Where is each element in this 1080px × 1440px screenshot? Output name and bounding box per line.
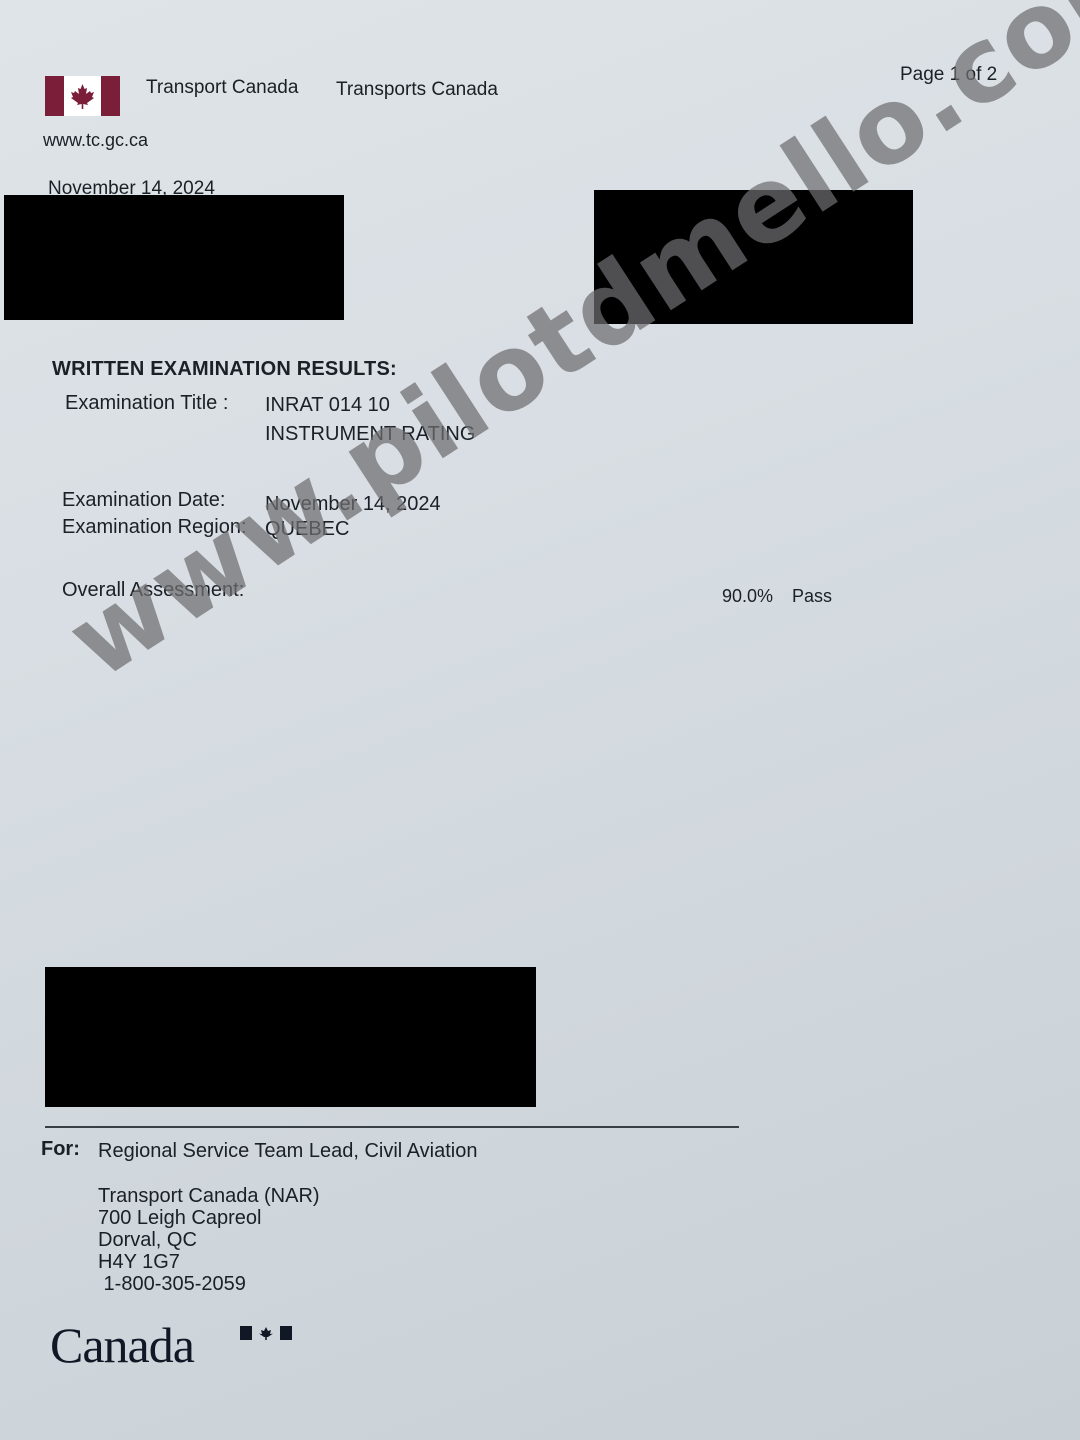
for-label: For: [41,1138,80,1161]
exam-date-label: Examination Date: [62,489,225,512]
outcome-status: Pass [792,586,832,607]
for-value: Regional Service Team Lead, Civil Aviati… [98,1140,477,1163]
redacted-signature-block [45,967,536,1107]
website-link[interactable]: www.tc.gc.ca [43,130,148,151]
office-address: Transport Canada (NAR) 700 Leigh Capreol… [98,1185,320,1295]
exam-region-label: Examination Region: [62,516,247,539]
address-line: H4Y 1G7 [98,1251,320,1273]
canada-flag-icon [45,76,120,116]
wordmark-text: Canada [50,1317,194,1373]
results-heading: WRITTEN EXAMINATION RESULTS: [52,358,397,381]
overall-assessment-label: Overall Assessment: [62,579,244,602]
page-indicator: Page 1 of 2 [900,64,997,86]
wordmark-flag-icon [240,1326,292,1340]
redacted-reference-block [594,190,913,324]
exam-title-name: INSTRUMENT RATING [265,423,475,446]
department-name-en: Transport Canada [146,77,298,99]
address-line: Transport Canada (NAR) [98,1185,320,1207]
canada-wordmark: Canada [50,1316,194,1374]
exam-title-label: Examination Title : [65,392,228,415]
score-value: 90.0% [722,586,773,607]
exam-region-value: QUEBEC [265,518,349,541]
exam-title-code: INRAT 014 10 [265,394,390,417]
redacted-recipient-block [4,195,344,320]
address-line: Dorval, QC [98,1229,320,1251]
phone-number: 1-800-305-2059 [98,1273,320,1295]
department-name-fr: Transports Canada [336,79,498,101]
exam-date-value: November 14, 2024 [265,493,441,516]
address-line: 700 Leigh Capreol [98,1207,320,1229]
signature-divider [45,1126,739,1128]
